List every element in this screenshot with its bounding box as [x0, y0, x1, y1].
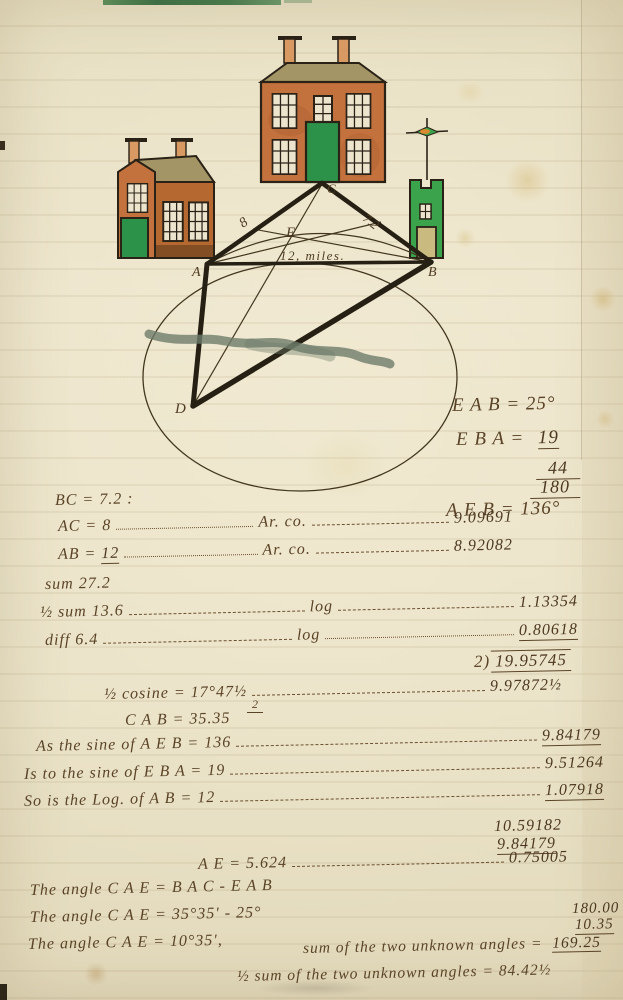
label-A: A: [191, 265, 201, 280]
angle-EBA-label: E B A =: [456, 428, 525, 450]
ab-log-value: 8.92082: [454, 536, 513, 555]
angle-EAB-note: E A B = 25°: [452, 393, 556, 417]
door: [121, 218, 148, 258]
survey-drawing: 8 7.2 C E A B D 12, miles.: [0, 0, 623, 540]
ar-co-label: Ar. co.: [262, 541, 311, 560]
row-division: 2)19.95745: [474, 650, 571, 672]
log-label: log: [297, 626, 321, 644]
leader-line: [292, 862, 504, 867]
window: [273, 94, 297, 128]
value-10-35: 10.35: [575, 916, 614, 935]
window: [189, 202, 208, 240]
diff-log-value: 0.80618: [519, 621, 578, 641]
sum-unknown-label: sum of the two unknown angles =: [303, 935, 543, 957]
window: [420, 204, 431, 219]
half-sum-log-value: 1.13354: [519, 593, 578, 612]
corner-mark: [0, 984, 7, 1000]
leader-line: [124, 554, 257, 558]
sum-unknown-value: 169.25: [552, 934, 601, 953]
window: [347, 94, 371, 128]
label-D: D: [174, 401, 186, 417]
circumscribed-circle: [143, 263, 457, 491]
leader-line: [230, 767, 540, 774]
ae-label: A E = 5.624: [198, 854, 287, 874]
leader-line: [338, 606, 514, 611]
ae-log-value: 0.75005: [509, 848, 568, 867]
chimney: [338, 39, 349, 63]
leader-line: [129, 610, 305, 615]
log-label: log: [309, 598, 333, 616]
label-12-miles: 12, miles.: [280, 248, 345, 263]
label-C: C: [327, 181, 336, 196]
diff-label: diff 6.4: [45, 631, 99, 650]
angle-EBA-note: E B A = 19: [456, 427, 559, 451]
ab-value: 12: [101, 545, 119, 564]
row-sum: sum 27.2: [45, 575, 111, 594]
sine-eba-value: 9.51264: [545, 754, 604, 773]
label-side-8: 8: [237, 215, 251, 231]
tower: [406, 118, 448, 258]
total-180: 180: [530, 476, 580, 499]
door: [306, 122, 339, 182]
half-cosine-value: 9.97872½: [490, 676, 562, 696]
leader-line: [312, 522, 449, 526]
leader-line: [220, 794, 540, 802]
window: [163, 202, 183, 241]
half-sum-label: ½ sum 13.6: [40, 602, 124, 622]
angle-EBA-value: 19: [538, 427, 559, 449]
division-bracket: ): [483, 652, 490, 671]
leader-line: [103, 639, 292, 644]
sum-logs-value: 10.59182: [494, 817, 562, 836]
chimney: [284, 39, 295, 63]
main-house: [261, 36, 385, 182]
label-E: E: [285, 225, 295, 241]
leader-line: [236, 740, 537, 747]
sine-aeb-value: 9.84179: [542, 726, 601, 746]
ab-label: AB =: [58, 545, 97, 564]
dividend: 19.95745: [491, 649, 571, 673]
log-ab-label: So is the Log. of A B = 12: [24, 789, 216, 811]
ar-co-label: Ar. co.: [258, 513, 307, 532]
window: [273, 140, 297, 174]
leader-line: [252, 690, 485, 696]
sine-aeb-label: As the sine of A E B = 136: [36, 734, 232, 756]
house-base-shadow: [156, 245, 213, 257]
divisor: 2: [474, 652, 484, 671]
window: [128, 184, 148, 213]
label-B: B: [428, 265, 437, 280]
roof: [261, 63, 385, 82]
leader-line: [325, 634, 514, 639]
log-ab-value: 1.07918: [545, 781, 604, 801]
window: [347, 140, 371, 174]
ac-log-value: 9.09691: [454, 508, 513, 527]
row-bc: BC = 7.2 :: [55, 490, 134, 510]
times-two-note: 2: [247, 697, 263, 713]
leader-line: [316, 550, 449, 554]
small-house: [118, 138, 214, 258]
row-cab: C A B = 35.35: [125, 710, 231, 730]
half-cosine-label: ½ cosine = 17°47½: [104, 683, 247, 704]
line-B-D: [193, 262, 431, 406]
window: [314, 96, 332, 122]
leader-line: [116, 526, 253, 530]
vane-center: [420, 129, 430, 134]
ac-label: AC = 8: [58, 517, 112, 536]
